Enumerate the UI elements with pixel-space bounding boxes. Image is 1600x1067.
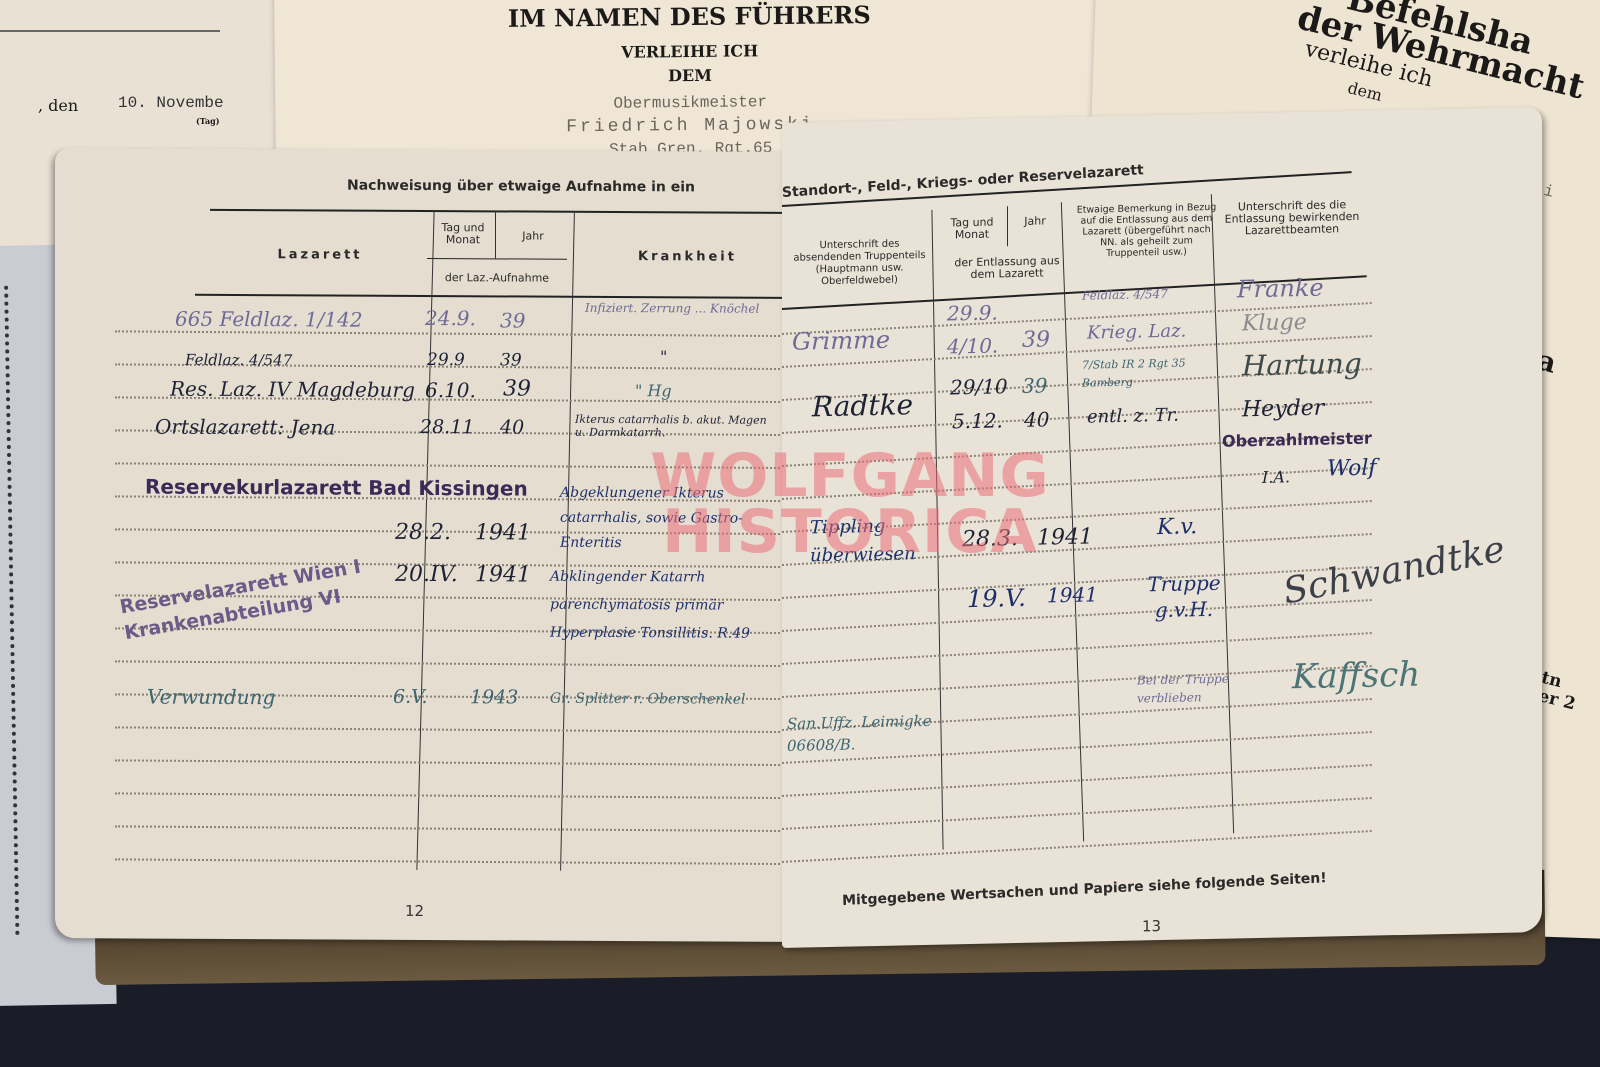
entry-unterschrift: Wolf [1327, 456, 1377, 482]
entry-bemerkung: Truppe g.v.H. [1134, 569, 1234, 623]
certificate-line2: dem [1346, 78, 1384, 105]
watermark-line1: WOLFGANG [640, 448, 1060, 504]
ruling-line [782, 764, 1372, 797]
divider [0, 0, 220, 32]
entry-absender: Radtke [812, 388, 913, 423]
entry-jahr: 39 [1022, 327, 1050, 353]
entry-krankheit: Abklingender Katarrh parenchymatosis pri… [550, 563, 780, 648]
entry-bemerkung: entl. z. Tr. [1087, 405, 1179, 428]
date-caption: (Tag) [196, 116, 220, 126]
column-header-unterschrift-beamte: Unterschrift des die Entlassung bewirken… [1222, 199, 1362, 238]
column-header-krankheit: Krankheit [580, 251, 795, 264]
entry-tag-monat: 29.9 [427, 350, 465, 370]
entry-unterschrift: Heyder [1242, 396, 1324, 423]
entry-lazarett: Feldlaz. 4/547 [185, 351, 292, 370]
entry-krankheit: " Hg [635, 381, 672, 400]
entry-tag-monat: 29.9. [947, 300, 998, 325]
ruling-line [782, 797, 1372, 830]
ruling-line [115, 825, 795, 832]
column-divider [1007, 206, 1008, 246]
date-prefix: , den [38, 96, 78, 115]
entry-jahr: 1943 [470, 686, 518, 708]
entry-unterschrift: Kaffsch [1292, 655, 1420, 698]
column-header-unterschrift-absender: Unterschrift des absendenden Truppenteil… [787, 238, 932, 289]
certificate-line1: VERLEIHE ICH [275, 38, 1105, 66]
entry-tag-monat: 6.10. [425, 378, 476, 402]
entry-lazarett: Ortslazarett: Jena [155, 415, 335, 440]
column-header-jahr: Jahr [503, 230, 563, 242]
column-header-entlassung: der Entlassung aus dem Lazarett [942, 255, 1072, 282]
ruling-line [115, 660, 795, 667]
stitching [4, 286, 19, 936]
entry-jahr: 39 [500, 308, 525, 332]
entry-jahr: 1941 [475, 562, 531, 587]
entry-tag-monat: 28.11 [420, 416, 474, 438]
entry-tag-monat: 29/10 [950, 374, 1008, 399]
entry-tag-monat: 28.2. [395, 520, 451, 545]
entry-jahr: 1941 [1047, 582, 1098, 607]
page-number: 12 [405, 902, 424, 920]
rank-stamp: Oberzahlmeister [1222, 429, 1372, 451]
entry-krankheit: " [660, 347, 667, 366]
entry-unterschrift: Kluge [1242, 310, 1307, 336]
ruling-line [115, 330, 795, 337]
entry-bemerkung: Krieg. Laz. [1087, 320, 1186, 343]
entry-tag-monat: 6.V. [393, 686, 428, 708]
column-header-lazarett: Lazarett [220, 249, 420, 262]
entry-bemerkung: Bei der Truppe verblieben [1137, 669, 1247, 707]
entry-bemerkung: Feldlaz. 4/547 [1082, 287, 1168, 303]
ruling-line [115, 858, 795, 865]
entry-krankheit: Ikterus catarrhalis b. akut. Magen u. Da… [575, 413, 775, 440]
entry-jahr: 39 [1022, 373, 1047, 398]
column-header-tag-monat: Tag und Monat [942, 216, 1002, 241]
ruling-line [115, 792, 795, 799]
column-header-bemerkung: Etwaige Bemerkung in Bezug auf die Entla… [1074, 202, 1219, 260]
entry-jahr: 39 [500, 350, 522, 370]
column-header-jahr: Jahr [1010, 215, 1060, 228]
ruling-line [782, 830, 1372, 863]
watermark-line2: HISTORICA [640, 504, 1060, 560]
header-rule-top [210, 209, 800, 214]
entry-absender: San.Uffz. Leimigke 06608/B. [787, 709, 957, 757]
hospital-stamp: Reservekurlazarett Bad Kissingen [145, 475, 528, 501]
entry-lazarett: 665 Feldlaz. 1/142 [175, 307, 363, 332]
entry-jahr: 39 [503, 376, 531, 401]
entry-tag-monat: 5.12. [952, 408, 1003, 433]
column-header-tag-monat: Tag und Monat [431, 222, 495, 246]
entry-unterschrift: Franke [1237, 274, 1324, 304]
ruling-line [115, 759, 795, 766]
subheader-rule [427, 258, 567, 260]
ruling-line [115, 726, 795, 733]
entry-absender: Grimme [792, 326, 890, 356]
entry-tag-monat: 19.V. [967, 584, 1026, 613]
entry-tag-monat: 20.IV. [395, 562, 458, 587]
footer-note: Mitgegebene Wertsachen und Papiere siehe… [842, 870, 1327, 909]
header-rule-bottom [195, 294, 800, 299]
watermark: WOLFGANG HISTORICA [640, 448, 1060, 560]
entry-jahr: 40 [500, 416, 524, 438]
entry-bemerkung: K.v. [1157, 514, 1197, 540]
entry-tag-monat: 24.9. [425, 306, 476, 330]
entry-lazarett: Res. Laz. IV Magdeburg [170, 377, 415, 402]
column-divider [495, 210, 496, 258]
certificate-heading: IM NAMEN DES FÜHRERS [274, 0, 1104, 35]
entry-tag-monat: 4/10. [947, 333, 998, 358]
entry-jahr: 40 [1024, 407, 1049, 432]
entry-unterschrift: Schwandtke [1280, 529, 1508, 613]
entry-krankheit: Infiziert. Zerrung ... Knöchel [585, 301, 775, 316]
entry-lazarett: Verwundung [147, 685, 275, 710]
entry-unterschrift: Hartung [1242, 347, 1362, 383]
certificate-line2: DEM [275, 62, 1105, 90]
spread-title-left: Nachweisung über etwaige Aufnahme in ein [347, 178, 695, 196]
entry-bemerkung: I.A. [1262, 467, 1290, 487]
certificate-date: 10. Novembe [118, 94, 224, 112]
entry-bemerkung: 7/Stab IR 2 Rgt 35 Bamberg [1082, 354, 1222, 393]
column-header-aufnahme: der Laz.-Aufnahme [427, 272, 567, 285]
page-number: 13 [1142, 917, 1161, 935]
entry-jahr: 1941 [475, 520, 531, 545]
entry-krankheit: Gr. Splitter r. Oberschenkel [550, 691, 746, 708]
